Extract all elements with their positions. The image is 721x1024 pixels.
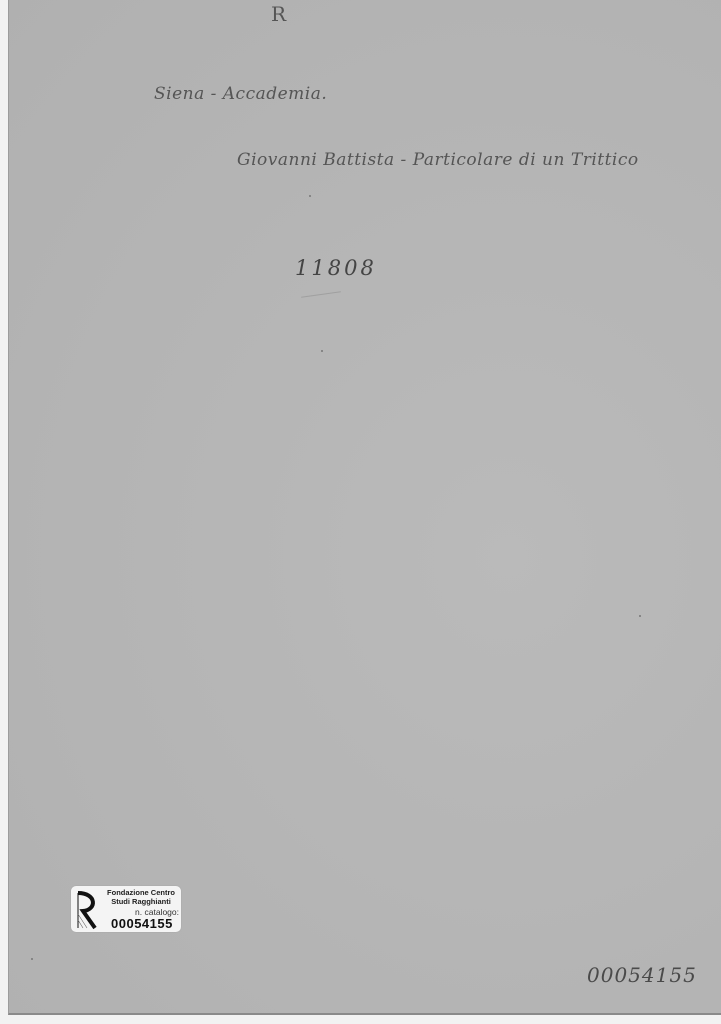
catalog-label: Fondazione Centro Studi Ragghianti n. ca… [71,886,181,932]
handwritten-inventory-number: 11808 [295,256,377,280]
label-institution-line1: Fondazione Centro [101,888,181,897]
label-catalog-number: 00054155 [111,916,173,931]
paper-speck [31,958,33,960]
paper-speck [309,195,311,197]
document-card: R Siena - Accademia. Giovanni Battista -… [8,0,721,1015]
handwritten-catalog-number: 00054155 [587,963,697,987]
handwritten-letter: R [271,2,286,26]
paper-speck [321,350,323,352]
label-institution-line2: Studi Ragghianti [101,897,181,906]
pencil-stroke [301,291,341,298]
paper-speck [639,615,641,617]
ragghianti-logo-icon [75,890,99,930]
handwritten-location: Siena - Accademia. [154,84,327,104]
handwritten-subject: Giovanni Battista - Particolare di un Tr… [237,150,639,170]
